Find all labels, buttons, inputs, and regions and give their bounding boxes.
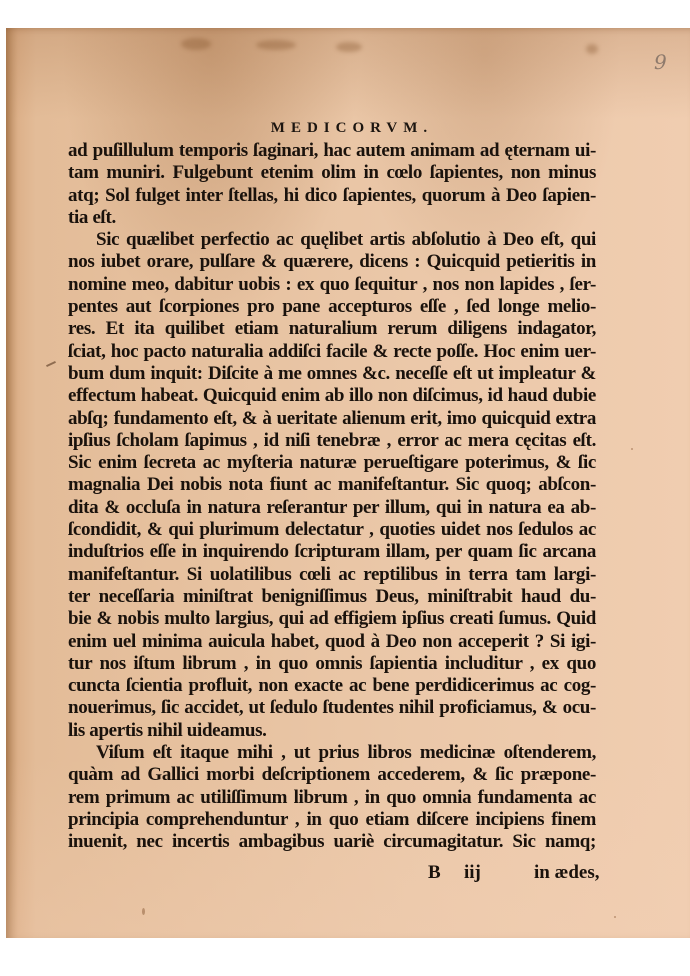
paper-speck (614, 916, 616, 918)
text-line: inuenit, nec incertis ambagibus uariè ci… (68, 831, 596, 853)
text-line: ad puſillulum temporis ſaginari, hac aut… (68, 140, 596, 162)
text-line: induſtrios eſſe in inquirendo ſcripturam… (68, 541, 596, 563)
text-line: nouerimus, ſic accidet, ut ſedulo ſtuden… (68, 697, 596, 719)
signature-number: iij (464, 862, 481, 884)
text-line: quàm ad Gallici morbi deſcriptionem acce… (68, 764, 596, 786)
text-line: magnalia Dei nobis nota fiunt ac manifeſ… (68, 474, 596, 496)
text-line: tia eſt. (68, 207, 596, 229)
running-head: MEDICORVM. (6, 120, 690, 137)
text-line: bie & nobis multo largius, qui ad effigi… (68, 608, 596, 630)
text-line: nomine meo, dabitur uobis : ex quo ſequi… (68, 274, 596, 296)
text-line: bum dum inquit: Diſcite à me omnes &c. n… (68, 363, 596, 385)
text-line: rem primum ac utiliſſimum librum , in qu… (68, 787, 596, 809)
foxing-stain (181, 38, 211, 50)
text-line: Viſum eſt itaque mihi , ut prius libros … (68, 742, 596, 764)
paper-speck (631, 448, 633, 450)
text-line: tam muniri. Fulgebunt etenim olim in cœl… (68, 162, 596, 184)
catchword: in ædes, (534, 862, 599, 884)
text-line: Sic quælibet perfectio ac quęlibet artis… (68, 229, 596, 251)
text-line: ſciat, hoc pacto naturalia addiſci facil… (68, 341, 596, 363)
foxing-stain (336, 42, 362, 52)
text-line: dita & occluſa in natura reſerantur per … (68, 497, 596, 519)
margin-mark (46, 361, 56, 367)
text-line: effectum habeat. Quicquid enim ab illo n… (68, 385, 596, 407)
folio-number: 9 (654, 50, 667, 74)
foxing-stain (586, 44, 598, 54)
text-line: ipſius ſcholam ſapimus , id niſi tenebræ… (68, 430, 596, 452)
signature-line: B iij in ædes, (6, 862, 690, 886)
foxing-stain (256, 40, 296, 50)
text-line: ter neceſſaria miniſtrat benigniſſimus D… (68, 586, 596, 608)
text-line: tur nos iſtum librum , in quo omnis ſapi… (68, 653, 596, 675)
text-line: principia comprehenduntur , in quo etiam… (68, 809, 596, 831)
text-line: ſcondidit, & qui plurimum delectatur , q… (68, 519, 596, 541)
body-text: ad puſillulum temporis ſaginari, hac aut… (68, 140, 596, 854)
text-line: atq; Sol fulget inter ſtellas, hi dico ſ… (68, 185, 596, 207)
text-line: lis apertis nihil uideamus. (68, 720, 596, 742)
text-line: pentes aut ſcorpiones pro pane accepturo… (68, 296, 596, 318)
text-line: abſq; fundamento eſt, & à ueritate alien… (68, 408, 596, 430)
text-line: res. Et ita quilibet etiam naturalium re… (68, 318, 596, 340)
book-page: 9 MEDICORVM. ad puſillulum temporis ſagi… (6, 28, 690, 938)
text-line: manifeſtantur. Si uolatilibus cœli ac re… (68, 564, 596, 586)
text-line: nos iubet orare, pulſare & quærere, dice… (68, 251, 596, 273)
paper-speck (142, 908, 145, 915)
text-line: enim uel minima auicula habet, quod à De… (68, 631, 596, 653)
text-line: Sic enim ſecreta ac myſteria naturæ peru… (68, 452, 596, 474)
signature-mark: B (428, 862, 441, 884)
text-line: cuncta ſcientia profluit, non exacte ac … (68, 675, 596, 697)
